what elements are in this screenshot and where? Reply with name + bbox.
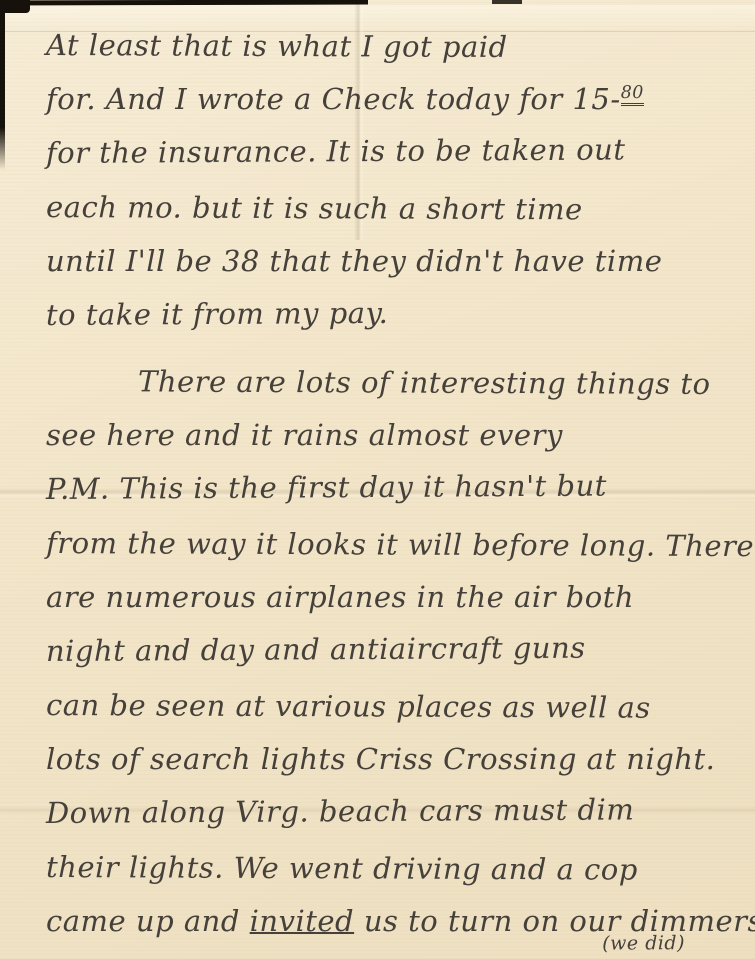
text-segment: Down along Virg. beach cars must dim xyxy=(46,792,635,830)
handwritten-line: P.M. This is the first day it hasn't but xyxy=(46,468,737,526)
text-segment: are numerous airplanes in the air both xyxy=(46,580,634,614)
text-segment: (we did) xyxy=(602,932,685,955)
handwritten-line: for. And I wrote a Check today for 15-80 xyxy=(46,82,737,136)
handwritten-line: are numerous airplanes in the air both xyxy=(46,580,737,634)
text-segment: for. And I wrote a Check today for 15- xyxy=(46,82,621,116)
letter-body: At least that is what I got paidfor. And… xyxy=(0,0,755,959)
handwritten-line: until I'll be 38 that they didn't have t… xyxy=(46,244,737,298)
handwritten-line: Down along Virg. beach cars must dim xyxy=(46,792,737,850)
handwritten-annotation: (we did) xyxy=(46,932,737,959)
handwritten-line: can be seen at various places as well as xyxy=(46,688,737,745)
text-segment: their lights. We went driving and a cop xyxy=(46,850,638,887)
handwritten-line: to take it from my pay. xyxy=(46,294,737,352)
handwritten-line: see here and it rains almost every xyxy=(46,418,737,472)
text-segment: from the way it looks it will before lon… xyxy=(46,526,754,563)
handwritten-line: from the way it looks it will before lon… xyxy=(46,526,737,583)
text-segment: can be seen at various places as well as xyxy=(46,688,651,725)
text-segment: until I'll be 38 that they didn't have t… xyxy=(46,244,662,278)
text-segment: each mo. but it is such a short time xyxy=(46,190,583,226)
scanned-letter-page: At least that is what I got paidfor. And… xyxy=(0,0,755,959)
text-segment: night and day and antiaircraft guns xyxy=(46,631,586,668)
text-segment: for the insurance. It is to be taken out xyxy=(46,132,626,170)
handwritten-line: night and day and antiaircraft guns xyxy=(46,630,737,688)
text-segment: to take it from my pay. xyxy=(46,296,389,332)
handwritten-line: their lights. We went driving and a cop xyxy=(46,850,737,907)
text-segment: 80 xyxy=(621,83,644,106)
text-segment: see here and it rains almost every xyxy=(46,418,563,452)
text-segment: There are lots of interesting things to xyxy=(138,364,711,400)
text-segment: lots of search lights Criss Crossing at … xyxy=(46,742,715,776)
handwritten-line: lots of search lights Criss Crossing at … xyxy=(46,742,737,796)
handwritten-line: At least that is what I got paid xyxy=(46,28,737,85)
handwritten-line: for the insurance. It is to be taken out xyxy=(46,132,737,190)
text-segment: came up and xyxy=(46,904,250,938)
text-segment: At least that is what I got paid xyxy=(46,28,508,64)
text-segment: invited xyxy=(250,904,355,938)
handwritten-line: There are lots of interesting things to xyxy=(46,364,737,421)
text-segment: P.M. This is the first day it hasn't but xyxy=(46,469,607,506)
handwritten-line: each mo. but it is such a short time xyxy=(46,190,737,247)
